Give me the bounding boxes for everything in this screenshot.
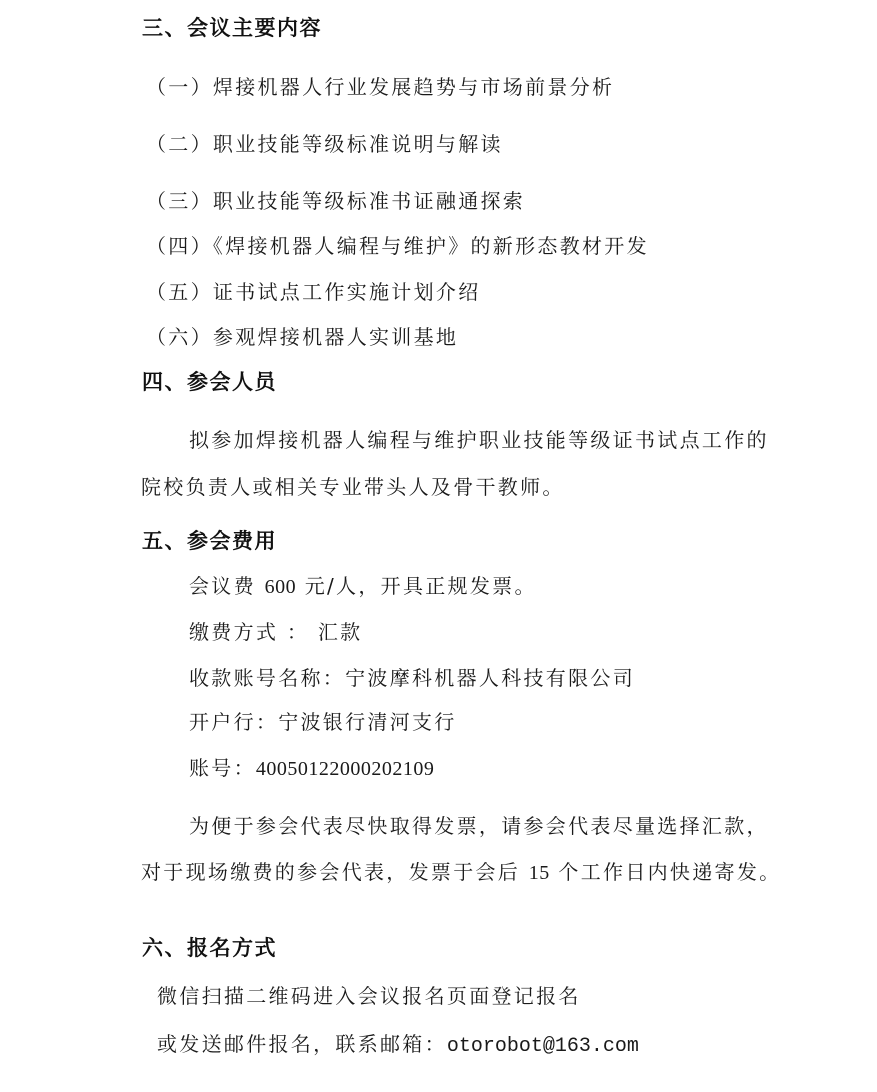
agenda-item-6: （六）参观焊接机器人实训基地 — [146, 325, 458, 349]
section-heading-fees: 五、参会费用 — [142, 529, 277, 553]
agenda-item-4: （四）《焊接机器人编程与维护》的新形态教材开发 — [146, 234, 649, 258]
agenda-item-5: （五）证书试点工作实施计划介绍 — [146, 280, 481, 304]
attendees-paragraph-line-2: 院校负责人或相关专业带头人及骨干教师。 — [141, 475, 565, 499]
payment-method-line: 缴费方式 ： 汇款 — [189, 620, 362, 644]
section-heading-registration: 六、报名方式 — [142, 936, 277, 960]
section-heading-meeting-content: 三、会议主要内容 — [142, 16, 322, 40]
invoice-note-line-1: 为便于参会代表尽快取得发票，请参会代表尽量选择汇款， — [189, 814, 769, 838]
note-suffix: 个工作日内快递寄发。 — [550, 860, 782, 884]
fee-amount: 600 — [265, 576, 297, 598]
email-prefix: 或发送邮件报名，联系邮箱： — [157, 1032, 447, 1056]
note-days: 15 — [529, 862, 550, 884]
section-heading-attendees: 四、参会人员 — [142, 370, 277, 394]
fee-prefix: 会议费 — [189, 574, 265, 598]
note-prefix: 对于现场缴费的参会代表，发票于会后 — [141, 860, 529, 884]
registration-wechat-line: 微信扫描二维码进入会议报名页面登记报名 — [157, 984, 581, 1008]
account-number-line: 账号：40050122000202109 — [189, 756, 434, 781]
account-number-label: 账号： — [189, 756, 256, 780]
bank-line: 开户行：宁波银行清河支行 — [189, 710, 457, 734]
agenda-item-1: （一）焊接机器人行业发展趋势与市场前景分析 — [146, 75, 614, 99]
account-name-line: 收款账号名称：宁波摩科机器人科技有限公司 — [189, 666, 635, 690]
meeting-fee-line: 会议费 600 元/人，开具正规发票。 — [189, 574, 537, 599]
invoice-note-line-2: 对于现场缴费的参会代表，发票于会后 15 个工作日内快递寄发。 — [141, 860, 781, 885]
registration-email-line: 或发送邮件报名，联系邮箱：otorobot@163.com — [157, 1032, 639, 1059]
attendees-paragraph-line-1: 拟参加焊接机器人编程与维护职业技能等级证书试点工作的 — [189, 428, 769, 452]
agenda-item-2: （二）职业技能等级标准说明与解读 — [146, 132, 503, 156]
account-number-value: 40050122000202109 — [256, 758, 435, 780]
fee-suffix: 元/人，开具正规发票。 — [296, 574, 537, 598]
agenda-item-3: （三）职业技能等级标准书证融通探索 — [146, 189, 525, 213]
contact-email: otorobot@163.com — [447, 1035, 639, 1058]
